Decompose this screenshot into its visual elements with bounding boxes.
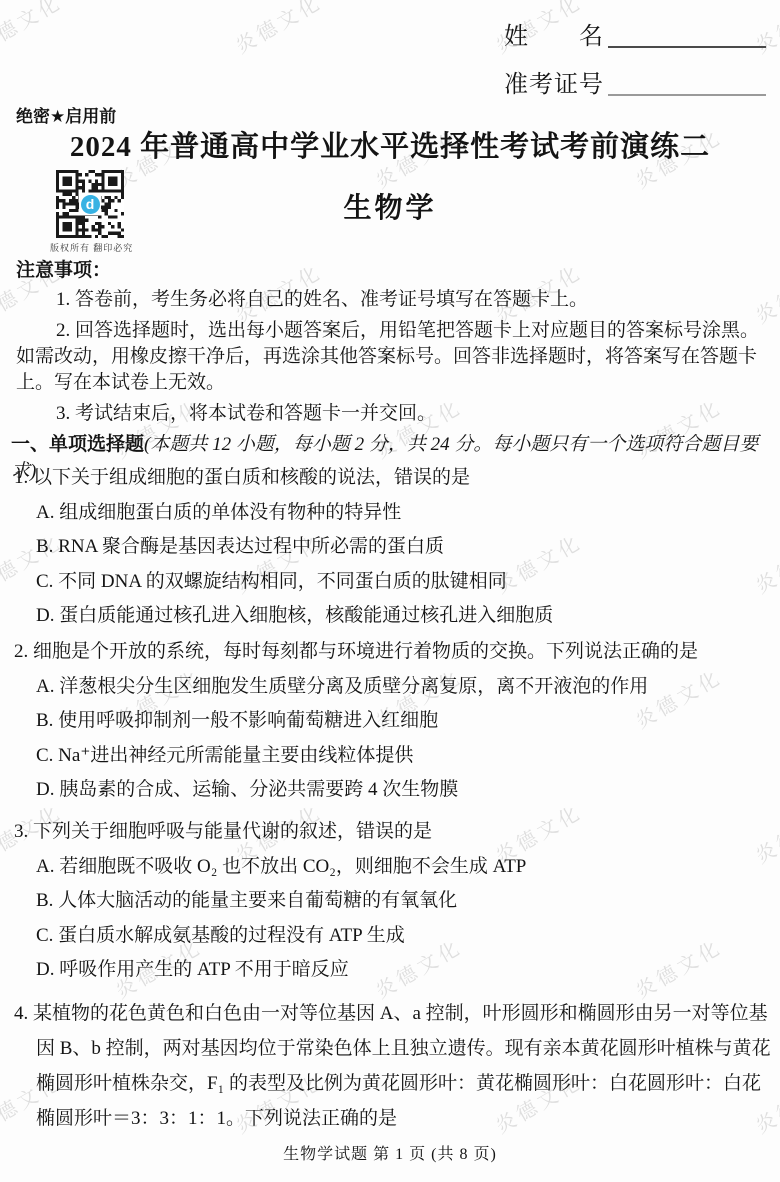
section-label: 一、单项选择题 bbox=[11, 434, 144, 455]
question-2-option-b: B. 使用呼吸抑制剂一般不影响葡萄糖进入红细胞 bbox=[14, 704, 772, 739]
question-1-option-d: D. 蛋白质能通过核孔进入细胞核，核酸能通过核孔进入细胞质 bbox=[14, 599, 772, 634]
question-2-option-d: D. 胰岛素的合成、运输、分泌共需要跨 4 次生物膜 bbox=[14, 773, 772, 808]
question-3-option-a: A. 若细胞既不吸收 O₂ 也不放出 CO₂，则细胞不会生成 ATP bbox=[14, 850, 772, 885]
question-3: 3. 下列关于细胞呼吸与能量代谢的叙述，错误的是 A. 若细胞既不吸收 O₂ 也… bbox=[14, 815, 772, 988]
question-2-option-a: A. 洋葱根尖分生区细胞发生质壁分离及质壁分离复原，离不开液泡的作用 bbox=[14, 670, 772, 705]
question-4: 4. 某植物的花色黄色和白色由一对等位基因 A、a 控制，叶形圆形和椭圆形由另一… bbox=[14, 996, 772, 1136]
question-2: 2. 细胞是个开放的系统，每时每刻都与环境进行着物质的交换。下列说法正确的是 A… bbox=[14, 635, 772, 808]
notice-item-3: 3. 考试结束后，将本试卷和答题卡一并交回。 bbox=[16, 401, 770, 427]
question-1-stem: 1. 以下关于组成细胞的蛋白质和核酸的说法，错误的是 bbox=[14, 461, 772, 496]
question-1-option-c: C. 不同 DNA 的双螺旋结构相同，不同蛋白质的肽键相同 bbox=[14, 565, 772, 600]
qr-caption: 版权所有 翻印必究 bbox=[50, 241, 130, 254]
exam-paper-page: 炎德文化炎德文化炎德文化炎德文化炎德文化炎德文化炎德文化炎德文化炎德文化炎德文化… bbox=[0, 0, 780, 1182]
question-3-stem: 3. 下列关于细胞呼吸与能量代谢的叙述，错误的是 bbox=[14, 815, 772, 850]
name-label: 姓 名 bbox=[504, 16, 604, 51]
question-4-stem: 4. 某植物的花色黄色和白色由一对等位基因 A、a 控制，叶形圆形和椭圆形由另一… bbox=[14, 996, 772, 1136]
question-3-option-d: D. 呼吸作用产生的 ATP 不用于暗反应 bbox=[14, 953, 772, 988]
question-3-option-b: B. 人体大脑活动的能量主要来自葡萄糖的有氧氧化 bbox=[14, 884, 772, 919]
question-2-option-c: C. Na⁺进出神经元所需能量主要由线粒体提供 bbox=[14, 739, 772, 774]
notice-item-2: 2. 回答选择题时，选出每小题答案后，用铅笔把答题卡上对应题目的答案标号涂黑。如… bbox=[16, 318, 770, 396]
name-field-row: 姓 名 bbox=[504, 16, 766, 51]
question-1-option-a: A. 组成细胞蛋白质的单体没有物种的特异性 bbox=[14, 496, 772, 531]
notice-section: 注意事项： 1. 答卷前，考生务必将自己的姓名、准考证号填写在答题卡上。 2. … bbox=[16, 258, 770, 432]
question-3-option-c: C. 蛋白质水解成氨基酸的过程没有 ATP 生成 bbox=[14, 919, 772, 954]
name-underline bbox=[608, 46, 766, 48]
exam-title: 2024 年普通高中学业水平选择性考试考前演练二 bbox=[0, 124, 780, 165]
question-2-stem: 2. 细胞是个开放的系统，每时每刻都与环境进行着物质的交换。下列说法正确的是 bbox=[14, 635, 772, 670]
question-1: 1. 以下关于组成细胞的蛋白质和核酸的说法，错误的是 A. 组成细胞蛋白质的单体… bbox=[14, 461, 772, 634]
admission-label: 准考证号 bbox=[504, 64, 604, 99]
page-footer: 生物学试题 第 1 页 (共 8 页) bbox=[0, 1141, 780, 1164]
notice-item-1: 1. 答卷前，考生务必将自己的姓名、准考证号填写在答题卡上。 bbox=[16, 287, 770, 313]
admission-underline bbox=[608, 94, 766, 96]
question-1-option-b: B. RNA 聚合酶是基因表达过程中所必需的蛋白质 bbox=[14, 530, 772, 565]
question-4-number: 4. bbox=[14, 1003, 28, 1024]
notice-heading: 注意事项： bbox=[16, 258, 770, 284]
question-2-number: 2. bbox=[14, 641, 28, 662]
admission-field-row: 准考证号 bbox=[504, 64, 766, 99]
question-3-number: 3. bbox=[14, 821, 28, 842]
question-1-number: 1. bbox=[14, 467, 28, 488]
subject-title: 生物学 bbox=[0, 186, 780, 226]
